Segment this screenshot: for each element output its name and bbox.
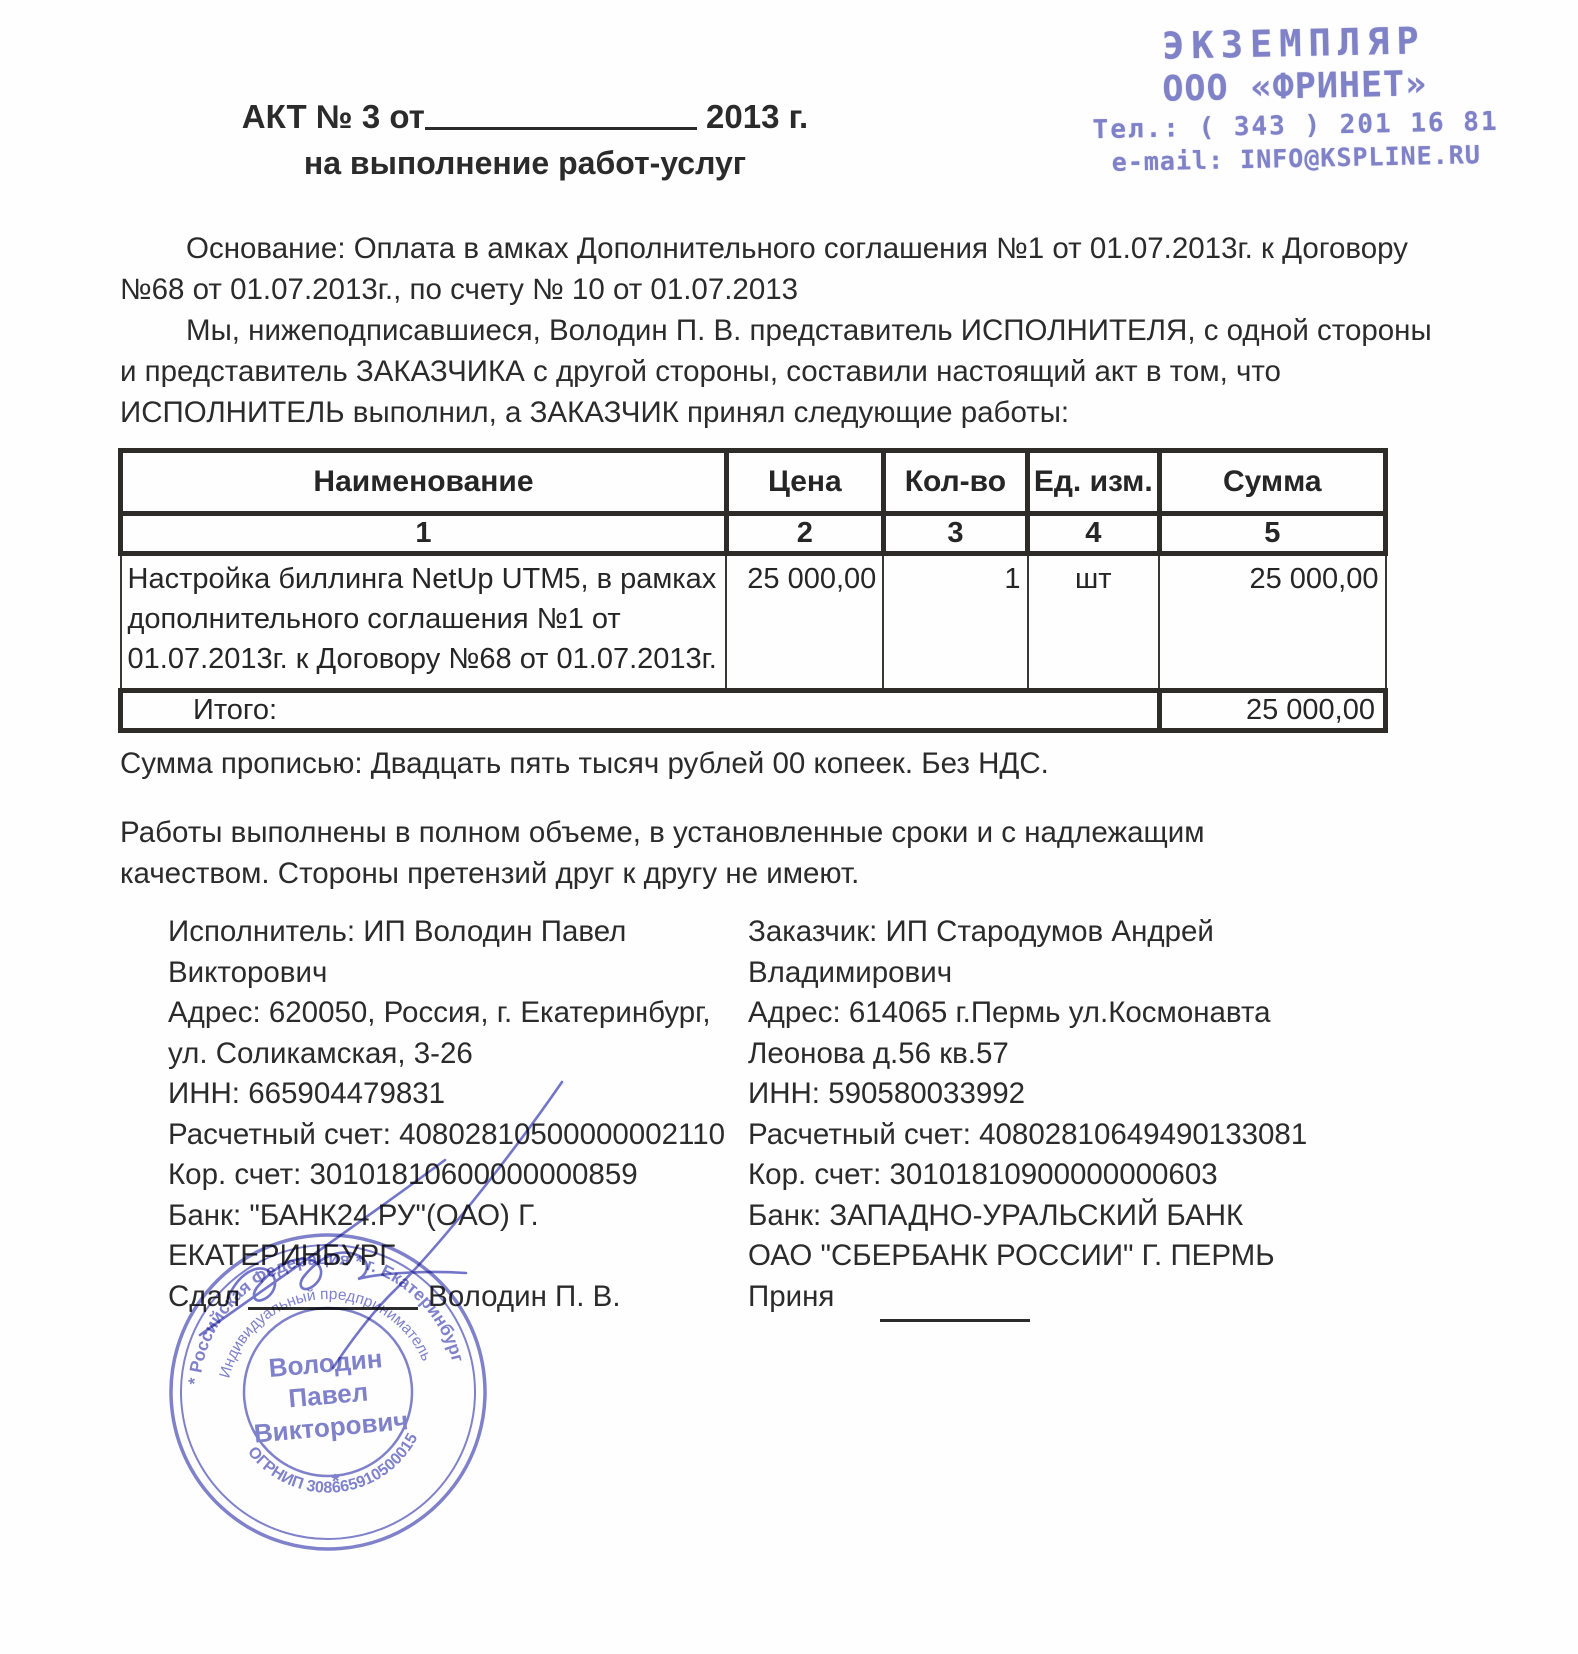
customer-requisites: Заказчик: ИП Стародумов Андрей Владимиро… <box>748 912 1308 1317</box>
colnum-5: 5 <box>1159 514 1385 554</box>
document-title: АКТ № 3 от 2013 г. <box>0 98 1050 136</box>
completion-note: Работы выполнены в полном объеме, в уста… <box>120 812 1300 894</box>
work-price-cell: 25 000,00 <box>726 554 883 691</box>
customer-line: Расчетный счет: 40802810649490133081 <box>748 1115 1308 1156</box>
colnum-4: 4 <box>1028 514 1160 554</box>
table-column-numbers-row: 1 2 3 4 5 <box>121 514 1386 554</box>
corner-stamp-copy-label: ЭКЗЕМПЛЯР <box>1083 18 1504 70</box>
total-value-cell: 25 000,00 <box>1159 691 1385 731</box>
stamp-name-line2: Павел <box>287 1377 369 1414</box>
header-price: Цена <box>726 451 883 514</box>
work-qty-cell: 1 <box>883 554 1027 691</box>
header-sum: Сумма <box>1159 451 1385 514</box>
title-year: 2013 г. <box>706 98 808 135</box>
stamp-name-line3: Викторович <box>253 1405 410 1448</box>
customer-sign-row: Приня <box>748 1277 1308 1318</box>
colnum-2: 2 <box>726 514 883 554</box>
executor-line: Исполнитель: ИП Володин Павел <box>168 912 688 953</box>
basis-paragraph: Основание: Оплата в амках Дополнительног… <box>120 228 1436 310</box>
header-qty: Кол-во <box>883 451 1027 514</box>
work-unit-cell: шт <box>1028 554 1160 691</box>
customer-line: Леонова д.56 кв.57 <box>748 1034 1308 1075</box>
title-date-blank-line <box>425 127 697 130</box>
customer-line: Владимирович <box>748 953 1308 994</box>
table-header-row: Наименование Цена Кол-во Ед. изм. Сумма <box>121 451 1386 514</box>
round-stamp: * Российская Федерация * г. Екатеринбург… <box>158 1222 498 1562</box>
preamble-paragraph: Мы, нижеподписавшиеся, Володин П. В. пре… <box>120 310 1436 433</box>
customer-line: Адрес: 614065 г.Пермь ул.Космонавта <box>748 993 1308 1034</box>
corner-stamp-phone: Тел.: ( 343 ) 201 16 81 <box>1085 107 1506 146</box>
customer-signature-line <box>880 1319 1030 1322</box>
corner-stamp-company: ООО «ФРИНЕТ» <box>1084 63 1505 112</box>
corner-ink-stamp: ЭКЗЕМПЛЯР ООО «ФРИНЕТ» Тел.: ( 343 ) 201… <box>1083 18 1506 178</box>
work-sum-cell: 25 000,00 <box>1159 554 1385 691</box>
total-label-cell: Итого: <box>121 691 1160 731</box>
works-table: Наименование Цена Кол-во Ед. изм. Сумма … <box>118 448 1388 733</box>
table-total-row: Итого: 25 000,00 <box>121 691 1386 731</box>
accept-label: Приня <box>748 1280 834 1313</box>
document-title-block: АКТ № 3 от 2013 г. на выполнение работ-у… <box>0 98 1050 182</box>
act-document-page: АКТ № 3 от 2013 г. на выполнение работ-у… <box>0 0 1578 1654</box>
title-prefix: АКТ № 3 от <box>242 98 425 135</box>
customer-line: Банк: ЗАПАДНО-УРАЛЬСКИЙ БАНК <box>748 1196 1308 1237</box>
table-row: Настройка биллинга NetUp UTM5, в рамках … <box>121 554 1386 691</box>
header-name: Наименование <box>121 451 727 514</box>
customer-line: Кор. счет: 30101810900000000603 <box>748 1155 1308 1196</box>
executor-line: Викторович <box>168 953 688 994</box>
customer-line: Заказчик: ИП Стародумов Андрей <box>748 912 1308 953</box>
document-subtitle: на выполнение работ-услуг <box>0 145 1050 182</box>
stamp-center-star: * <box>331 1470 341 1493</box>
customer-line: ОАО "СБЕРБАНК РОССИИ" Г. ПЕРМЬ <box>748 1236 1308 1277</box>
amount-in-words: Сумма прописью: Двадцать пять тысяч рубл… <box>120 747 1436 781</box>
header-unit: Ед. изм. <box>1028 451 1160 514</box>
colnum-1: 1 <box>121 514 727 554</box>
work-name-cell: Настройка биллинга NetUp UTM5, в рамках … <box>121 554 727 691</box>
executor-line: Адрес: 620050, Россия, г. Екатеринбург, <box>168 993 688 1034</box>
customer-line: ИНН: 590580033992 <box>748 1074 1308 1115</box>
colnum-3: 3 <box>883 514 1027 554</box>
corner-stamp-email: e-mail: INFO@KSPLINE.RU <box>1086 140 1507 178</box>
